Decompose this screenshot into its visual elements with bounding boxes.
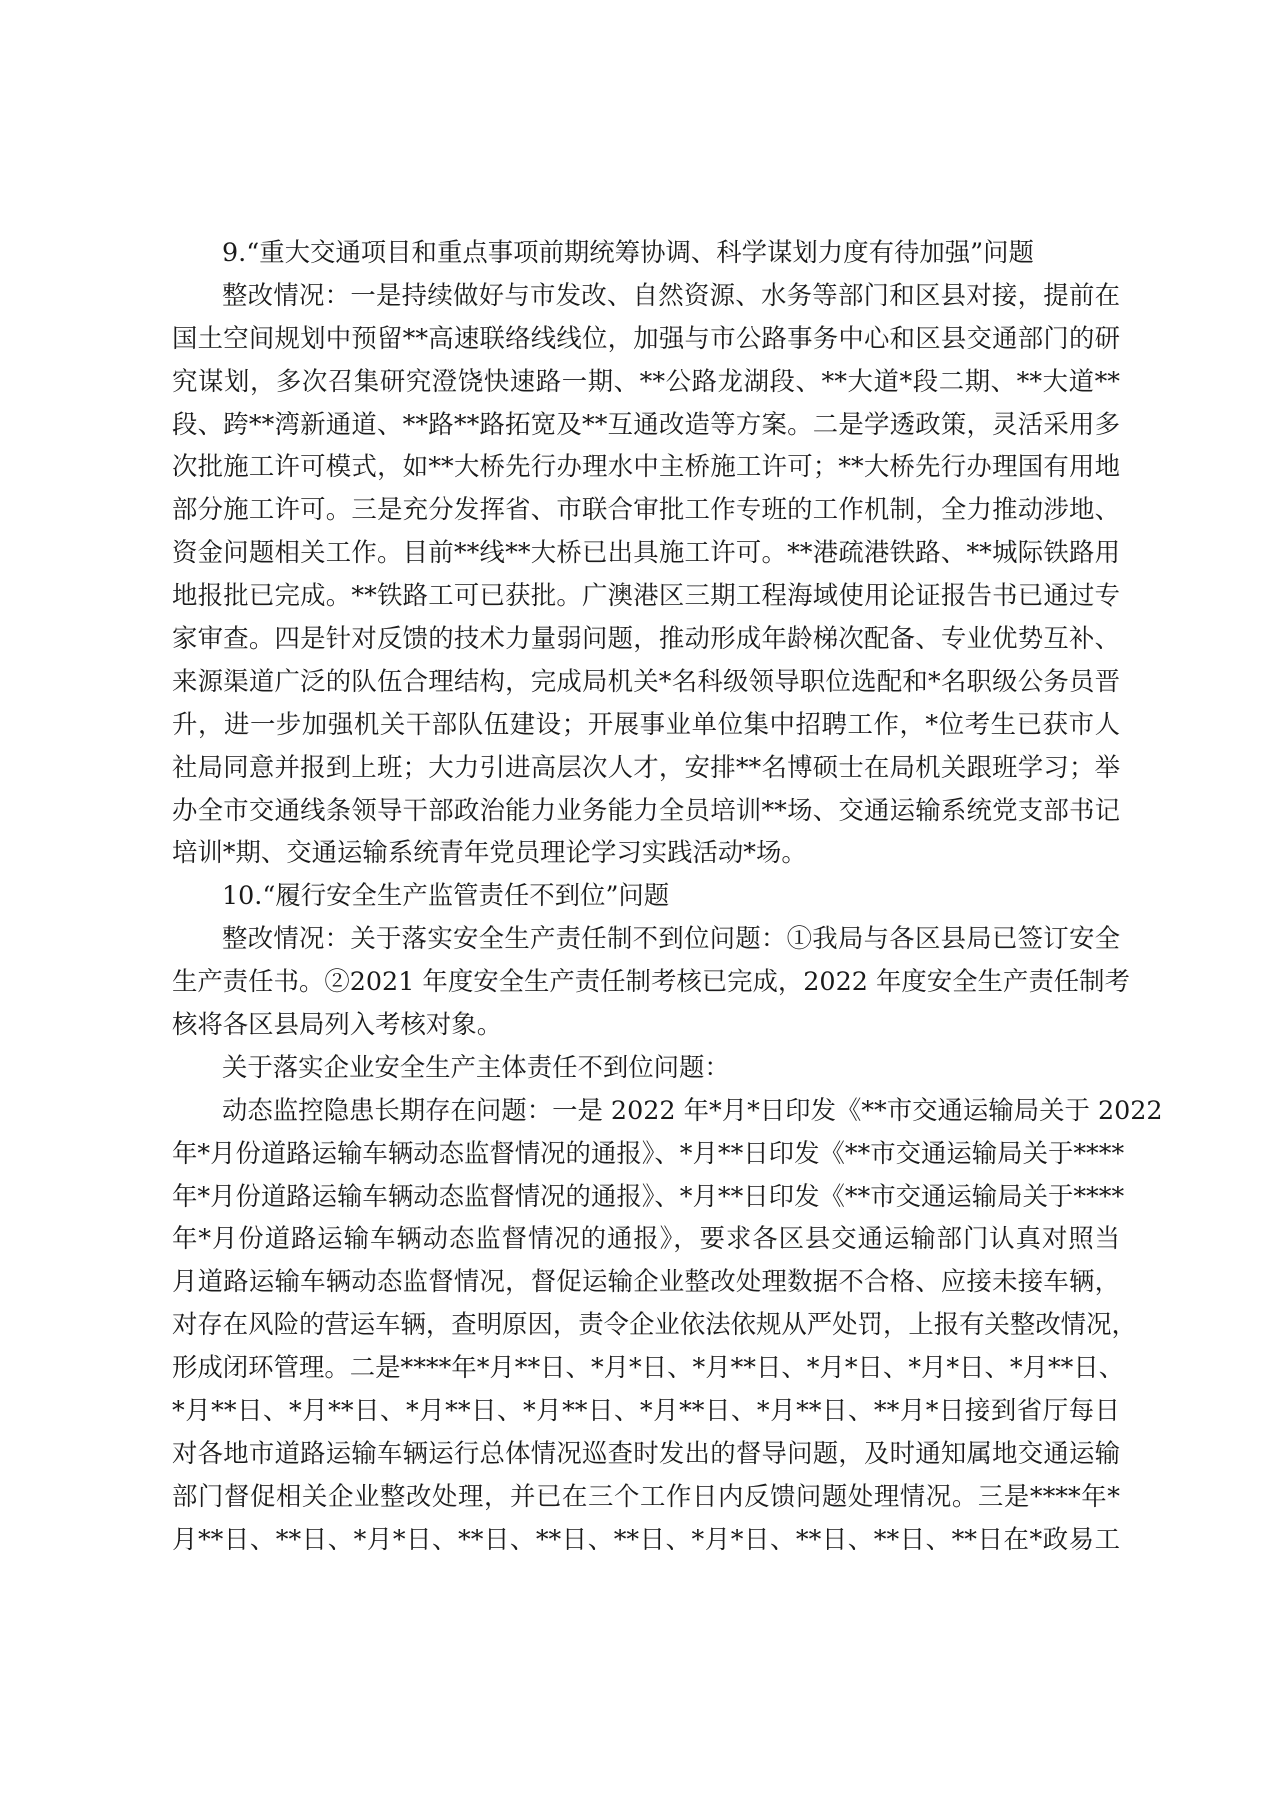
paragraph-line: 家审查。四是针对反馈的技术力量弱问题，推动形成年龄梯次配备、专业优势互补、	[172, 617, 1120, 660]
paragraph-line: *月**日、*月**日、*月**日、*月**日、*月**日、*月**日、**月*…	[172, 1389, 1120, 1432]
paragraph-line: 办全市交通线条领导干部政治能力业务能力全员培训**场、交通运输系统党支部书记	[172, 789, 1120, 832]
paragraph-line: 整改情况：一是持续做好与市发改、自然资源、水务等部门和区县对接，提前在	[172, 274, 1120, 317]
document-page: 9.“重大交通项目和重点事项前期统筹协调、科学谋划力度有待加强”问题 整改情况：…	[0, 0, 1280, 1810]
paragraph-line: 资金问题相关工作。目前**线**大桥已出具施工许可。**港疏港铁路、**城际铁路…	[172, 531, 1120, 574]
paragraph-line: 年*月份道路运输车辆动态监督情况的通报》、*月**日印发《**市交通运输局关于*…	[172, 1132, 1120, 1175]
paragraph-line: 部门督促相关企业整改处理，并已在三个工作日内反馈问题处理情况。三是****年*	[172, 1475, 1120, 1518]
paragraph-line: 年*月份道路运输车辆动态监督情况的通报》，要求各区县交通运输部门认真对照当	[172, 1217, 1120, 1260]
paragraph-line: 段、跨**湾新通道、**路**路拓宽及**互通改造等方案。二是学透政策，灵活采用…	[172, 403, 1120, 446]
section-heading-10: 10.“履行安全生产监管责任不到位”问题	[172, 874, 1120, 917]
section-heading-9: 9.“重大交通项目和重点事项前期统筹协调、科学谋划力度有待加强”问题	[172, 231, 1120, 274]
paragraph-line: 动态监控隐患长期存在问题：一是 2022 年*月*日印发《**市交通运输局关于 …	[172, 1089, 1120, 1132]
paragraph-line: 对存在风险的营运车辆，查明原因，责令企业依法依规从严处罚，上报有关整改情况，	[172, 1303, 1120, 1346]
document-body: 9.“重大交通项目和重点事项前期统筹协调、科学谋划力度有待加强”问题 整改情况：…	[172, 231, 1120, 1561]
paragraph-line: 地报批已完成。**铁路工可已获批。广澳港区三期工程海域使用论证报告书已通过专	[172, 574, 1120, 617]
paragraph-line: 次批施工许可模式，如**大桥先行办理水中主桥施工许可；**大桥先行办理国有用地	[172, 445, 1120, 488]
paragraph-line: 整改情况：关于落实安全生产责任制不到位问题：①我局与各区县局已签订安全	[172, 917, 1120, 960]
paragraph-line: 国土空间规划中预留**高速联络线线位，加强与市公路事务中心和区县交通部门的研	[172, 317, 1120, 360]
paragraph-line: 社局同意并报到上班；大力引进高层次人才，安排**名博硕士在局机关跟班学习；举	[172, 746, 1120, 789]
subheading-enterprise-responsibility: 关于落实企业安全生产主体责任不到位问题：	[172, 1046, 1120, 1089]
paragraph-line: 对各地市道路运输车辆运行总体情况巡查时发出的督导问题，及时通知属地交通运输	[172, 1432, 1120, 1475]
paragraph-line: 培训*期、交通运输系统青年党员理论学习实践活动*场。	[172, 831, 1120, 874]
paragraph-line: 究谋划，多次召集研究澄饶快速路一期、**公路龙湖段、**大道*段二期、**大道*…	[172, 360, 1120, 403]
paragraph-line: 年*月份道路运输车辆动态监督情况的通报》、*月**日印发《**市交通运输局关于*…	[172, 1175, 1120, 1218]
paragraph-line: 核将各区县局列入考核对象。	[172, 1003, 1120, 1046]
paragraph-line: 生产责任书。②2021 年度安全生产责任制考核已完成，2022 年度安全生产责任…	[172, 960, 1120, 1003]
paragraph-line: 形成闭环管理。二是****年*月**日、*月*日、*月**日、*月*日、*月*日…	[172, 1346, 1120, 1389]
paragraph-line: 升，进一步加强机关干部队伍建设；开展事业单位集中招聘工作，*位考生已获市人	[172, 703, 1120, 746]
paragraph-line: 月道路运输车辆动态监督情况，督促运输企业整改处理数据不合格、应接未接车辆，	[172, 1260, 1120, 1303]
paragraph-line: 月**日、**日、*月*日、**日、**日、**日、*月*日、**日、**日、*…	[172, 1518, 1120, 1561]
paragraph-line: 来源渠道广泛的队伍合理结构，完成局机关*名科级领导职位选配和*名职级公务员晋	[172, 660, 1120, 703]
paragraph-line: 部分施工许可。三是充分发挥省、市联合审批工作专班的工作机制，全力推动涉地、	[172, 488, 1120, 531]
